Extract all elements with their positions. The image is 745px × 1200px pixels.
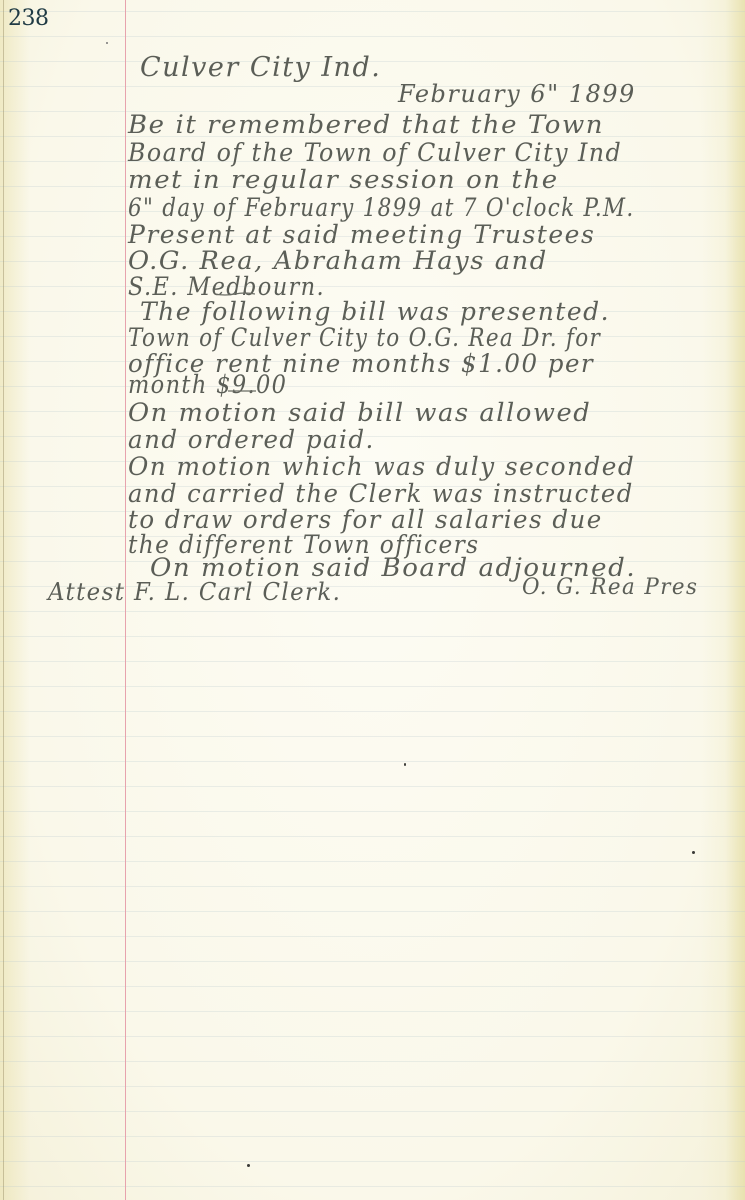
page-edge-rule [3,0,4,1200]
body-line: and carried the Clerk was instructed [128,479,634,508]
heading-place: Culver City Ind. [140,52,381,83]
body-line: On motion which was duly seconded [128,452,635,481]
heading-date: February 6" 1899 [398,80,636,108]
body-line: Present at said meeting Trustees [128,220,595,249]
body-line: 6" day of February 1899 at 7 O'clock P.M… [128,193,634,222]
attest-line: Attest F. L. Carl Clerk. [48,578,341,606]
president-signature: O. G. Rea Pres [522,575,698,600]
body-line: On motion said bill was allowed [128,398,591,427]
page-number: 238 [8,6,49,31]
ledger-page: 238 Culver City Ind. February 6" 1899 Be… [0,0,745,1200]
body-line: Board of the Town of Culver City Ind [128,138,622,167]
body-line: met in regular session on the [128,165,559,194]
body-line: O.G. Rea, Abraham Hays and [128,246,548,275]
body-line: and ordered paid. [128,425,375,454]
body-line: The following bill was presented. [140,297,610,326]
body-line: Be it remembered that the Town [128,110,604,139]
ink-speck [247,1164,250,1167]
ink-speck [692,851,695,854]
ink-speck [404,763,406,766]
body-line: Town of Culver City to O.G. Rea Dr. for [128,323,601,352]
body-line: month $9.00 [128,370,287,399]
ink-speck [106,42,108,44]
